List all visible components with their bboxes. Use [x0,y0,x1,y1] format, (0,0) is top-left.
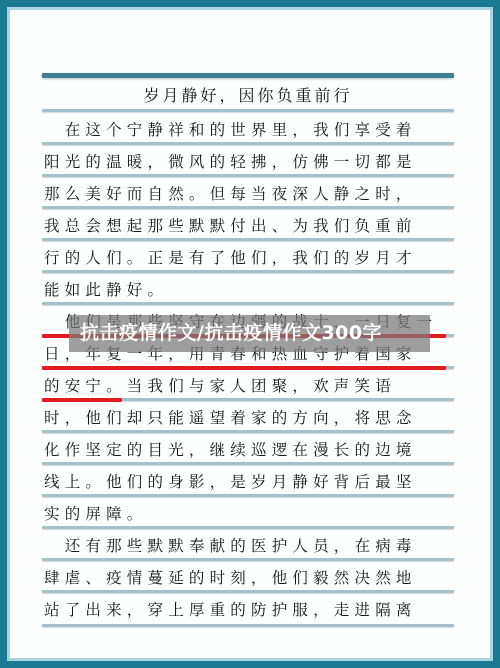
ruled-line [42,174,454,177]
essay-line: 能如此静好。 [44,278,456,300]
essay-line: 阳光的温暖，微风的轻拂，仿佛一切都是 [44,150,456,172]
ruled-line [42,494,454,497]
ruled-line [42,558,454,561]
essay-line: 站了出来，穿上厚重的防护服，走进隔离 [44,598,456,620]
essay-line: 的安宁。当我们与家人团聚，欢声笑语 [44,374,456,396]
ruled-line [42,624,454,627]
ruled-line [42,270,454,273]
essay-line: 那么美好而自然。但每当夜深人静之时， [44,182,456,204]
caption-text: 抗击疫情作文/抗击疫情作文300字 [80,318,382,345]
essay-line: 时，他们却只能遥望着家的方向，将思念 [44,406,456,428]
essay-line: 线上。他们的身影，是岁月静好背后最坚 [44,470,456,492]
ruled-line [42,526,454,529]
title-top-rule [42,73,454,78]
ruled-line [42,206,454,209]
highlight-underline [42,366,446,370]
ruled-line [42,142,454,145]
essay-line: 实的屏障。 [44,502,456,524]
highlight-underline [42,398,122,402]
essay-line: 行的人们。正是有了他们，我们的岁月才 [44,246,456,268]
ruled-line [42,302,454,305]
ruled-line [42,238,454,241]
ruled-line [42,430,454,433]
ruled-line [42,590,454,593]
essay-line: 在这个宁静祥和的世界里，我们享受着 [44,118,456,140]
essay-line: 肆虐、疫情蔓延的时刻，他们毅然决然地 [44,566,456,588]
essay-title: 岁月静好，因你负重前行 [42,83,454,106]
ruled-line [42,462,454,465]
essay-line: 我总会想起那些默默付出、为我们负重前 [44,214,456,236]
essay-line: 还有那些默默奉献的医护人员，在病毒 [44,534,456,556]
title-bottom-rule [42,109,454,112]
essay-line: 化作坚定的目光，继续巡逻在漫长的边境 [44,438,456,460]
